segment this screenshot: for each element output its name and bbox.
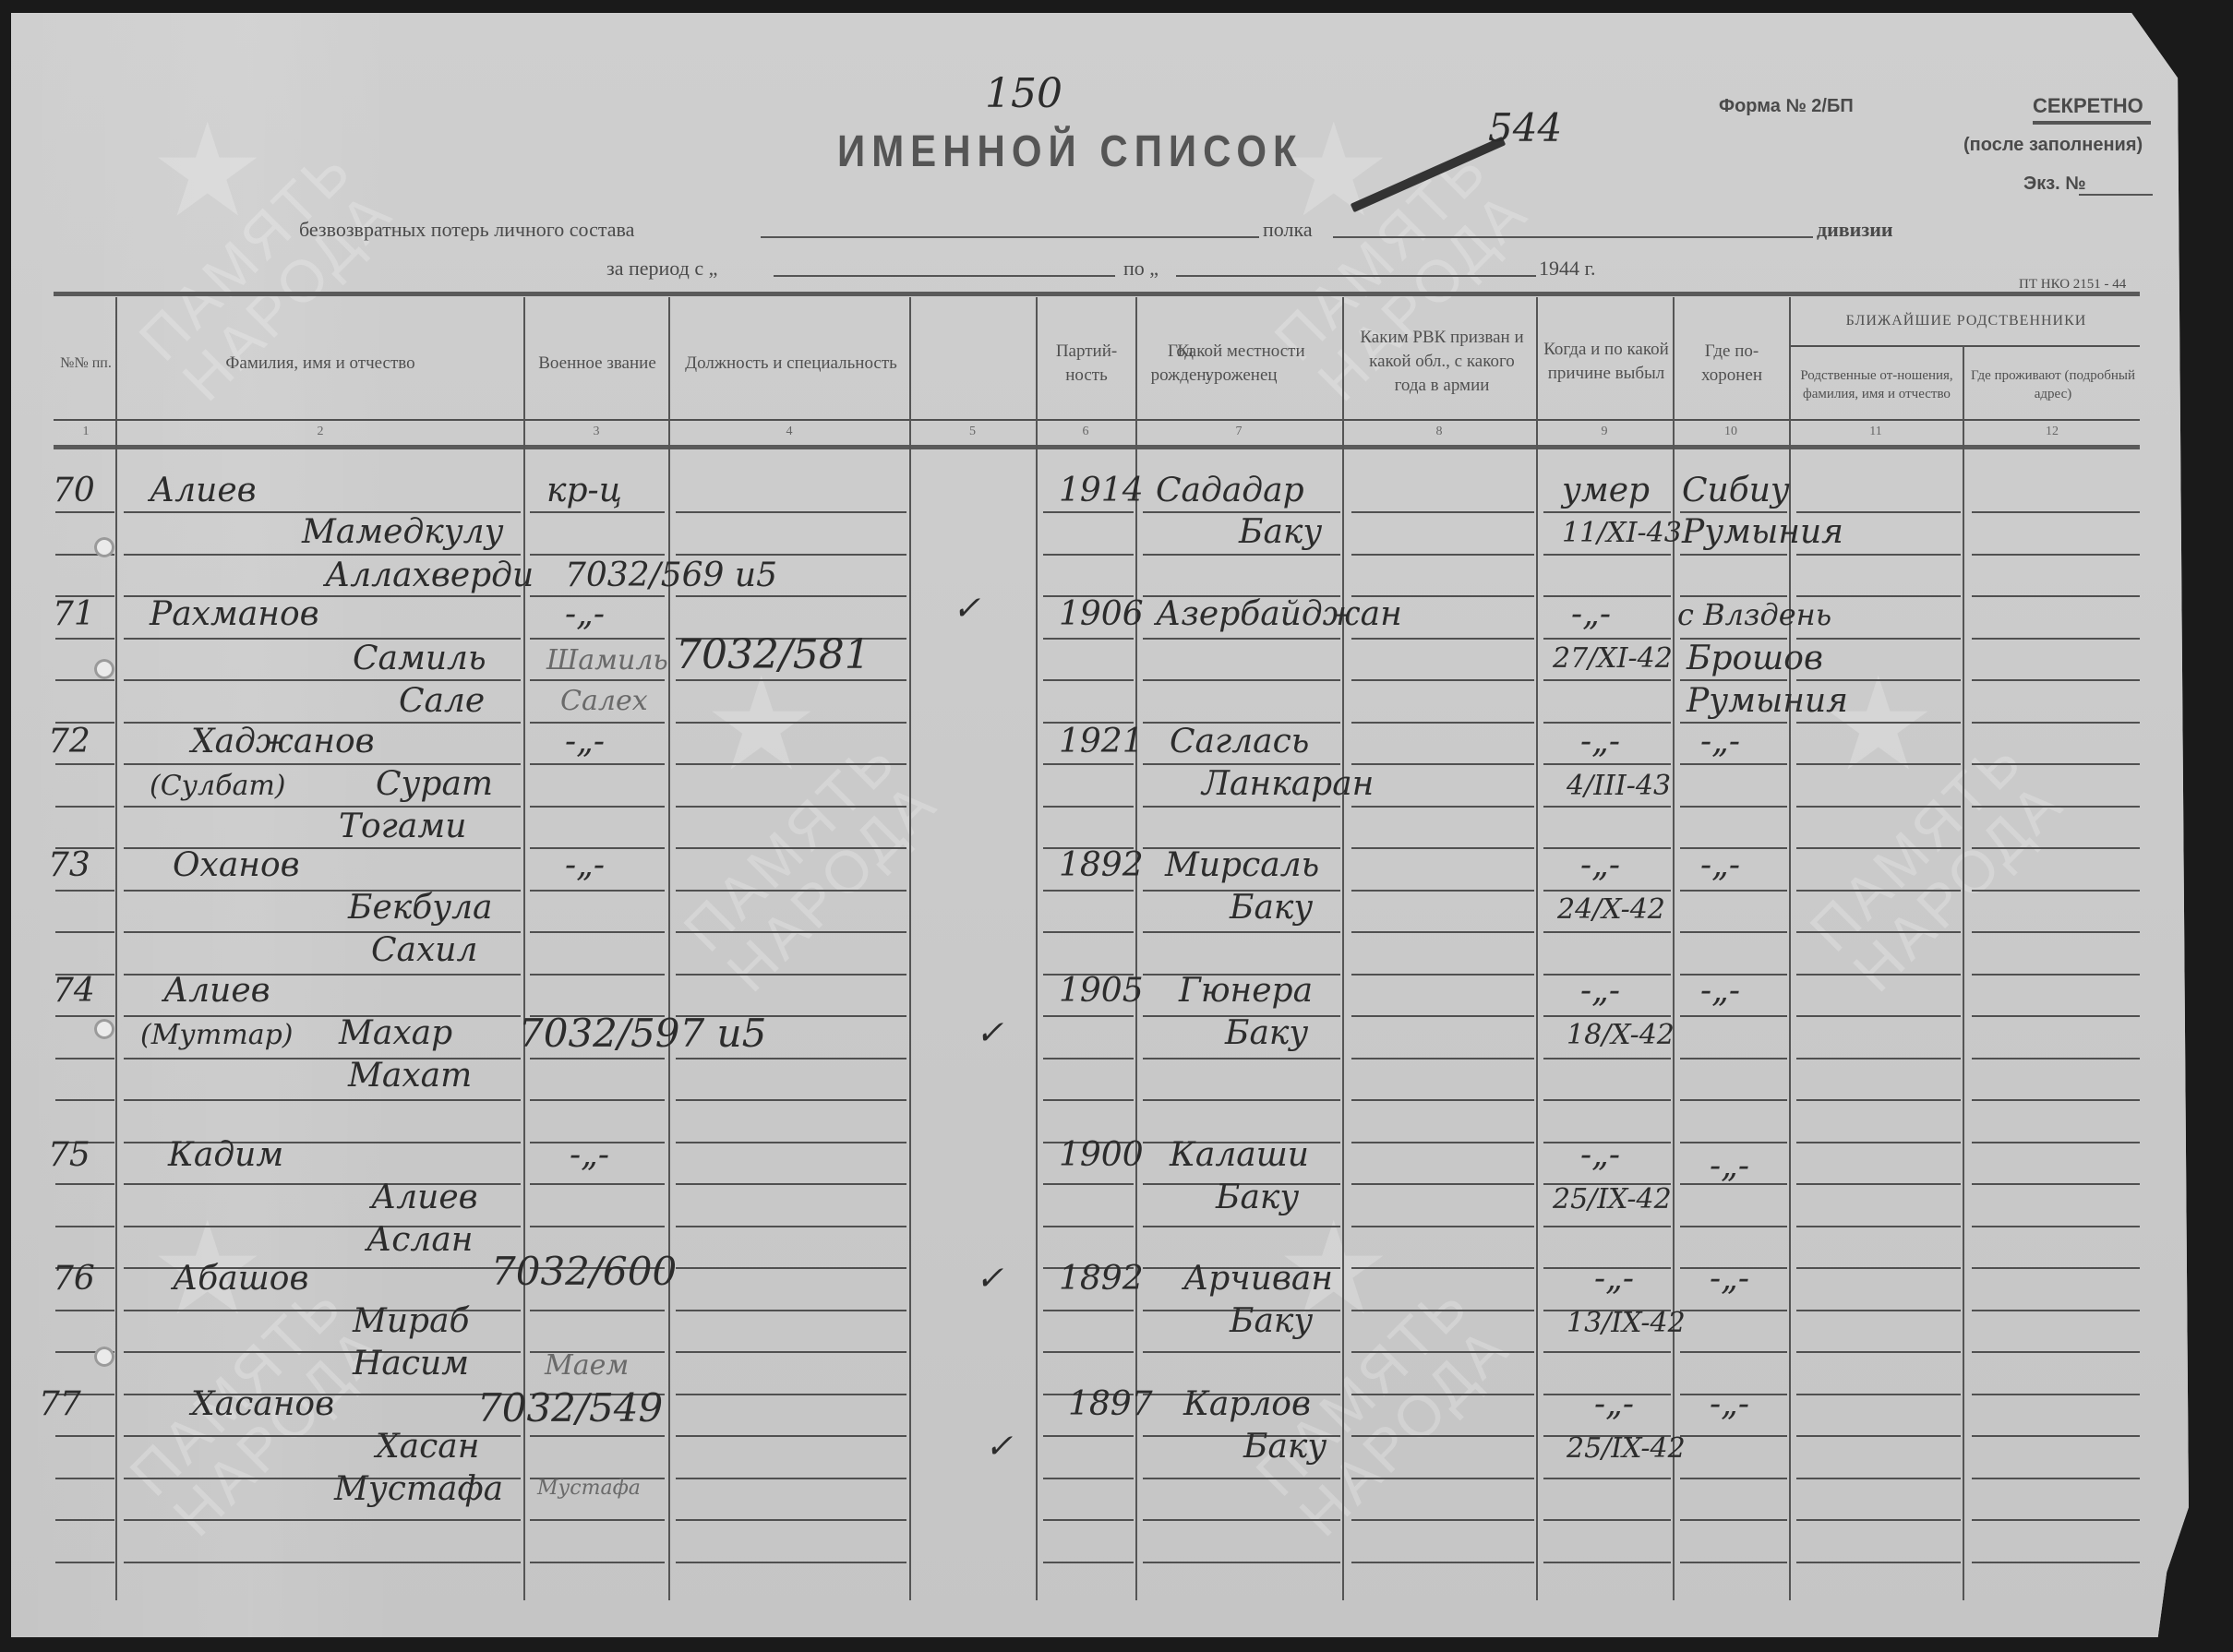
given-name: Махар (339, 1015, 452, 1052)
secret-underline (2033, 121, 2151, 125)
header-col-10: Где по-хоронен (1678, 317, 1785, 410)
birthplace: Калаши (1170, 1137, 1309, 1174)
ruled-line (1972, 1226, 2140, 1227)
position-note: 7032/549 (477, 1390, 663, 1427)
ruled-line (676, 1394, 906, 1395)
left-reason: -„- (1580, 724, 1620, 760)
ruled-line (676, 1058, 906, 1059)
birth-year: 1905 (1059, 973, 1144, 1010)
ruled-line (1043, 1226, 1134, 1227)
burial-country: Румыния (1687, 683, 1848, 720)
period-from-field (774, 275, 1115, 277)
unit-field (761, 236, 1259, 238)
ruled-line (1972, 679, 2140, 681)
ruled-line (1972, 1267, 2140, 1269)
header-col-3: Военное звание (537, 317, 657, 410)
ruled-line (1680, 1351, 1787, 1353)
year-label: 1944 г. (1539, 257, 1596, 281)
header-col-7: Какой местности уроженец (1142, 317, 1340, 410)
ruled-line (1796, 1310, 1961, 1311)
period-to-label: по „ (1123, 257, 1159, 281)
copy-number-label: Экз. № (2023, 174, 2086, 195)
col-divider (1673, 297, 1675, 1600)
ruled-line (1543, 1519, 1671, 1521)
ruled-line (1680, 679, 1787, 681)
ruled-line (1143, 1351, 1340, 1353)
ruled-line (1972, 890, 2140, 892)
birthplace: Карлов (1183, 1386, 1311, 1423)
header-col-4: Должность и специальность (685, 317, 897, 410)
left-date: 24/X-42 (1557, 893, 1665, 926)
header-relatives-group: БЛИЖАЙШИЕ РОДСТВЕННИКИ (1793, 301, 2140, 341)
name-note: (Муттар) (140, 1019, 294, 1051)
watermark-star-icon: ★ (150, 96, 266, 246)
ruled-line (1043, 763, 1134, 765)
header-col-8: Каким РВК призван и какой обл., с какого… (1351, 306, 1532, 417)
col-number: 1 (57, 425, 114, 439)
ruled-line (1351, 974, 1534, 976)
ruled-line (1680, 1435, 1787, 1437)
header-col-2: Фамилия, имя и отчество (118, 317, 522, 410)
punch-hole (94, 1347, 114, 1367)
ruled-line (1543, 554, 1671, 556)
ruled-line (1351, 1394, 1534, 1395)
stamp-number: 544 (1488, 105, 1562, 150)
row-number: 77 (39, 1386, 81, 1423)
surname: Абашов (173, 1261, 308, 1298)
ruled-line (55, 1478, 114, 1479)
ruled-line (55, 1183, 114, 1185)
ruled-line (1543, 1562, 1671, 1563)
ruled-line (1043, 806, 1134, 808)
watermark-star-icon: ★ (1820, 650, 1937, 800)
ruled-line (1680, 1058, 1787, 1059)
birthplace-city: Баку (1239, 514, 1322, 551)
ruled-line (1680, 554, 1787, 556)
header-col-5: Партий-ность (1045, 317, 1128, 410)
row-number: 76 (53, 1261, 95, 1298)
ruled-line (1143, 1478, 1340, 1479)
ruled-line (1796, 1519, 1961, 1521)
ruled-line (1543, 763, 1671, 765)
burial-place: Сибиу (1682, 473, 1790, 509)
ruled-line (530, 890, 665, 892)
ruled-line (530, 974, 665, 976)
given-name: Бекбула (348, 890, 493, 927)
ruled-line (1351, 1267, 1534, 1269)
ruled-line (55, 1226, 114, 1227)
subtitle-losses: безвозвратных потерь личного состава (299, 218, 634, 242)
ruled-line (1680, 931, 1787, 933)
left-date: 25/IX-42 (1567, 1432, 1686, 1465)
row-number: 70 (53, 473, 95, 509)
birth-year: 1914 (1059, 473, 1144, 509)
ruled-line (1972, 595, 2140, 597)
punch-hole (94, 659, 114, 679)
ruled-line (676, 847, 906, 849)
ruled-line (676, 511, 906, 513)
left-reason: -„- (1580, 1137, 1620, 1174)
ruled-line (1351, 806, 1534, 808)
col-divider (1963, 345, 1964, 1600)
ruled-line (1972, 974, 2140, 976)
ruled-line (530, 1310, 665, 1311)
col-number: 9 (1538, 425, 1671, 439)
ruled-line (1351, 1142, 1534, 1143)
ruled-line (530, 1562, 665, 1563)
ruled-line (676, 1183, 906, 1185)
patronymic: Мустафа (334, 1471, 503, 1508)
ruled-line (1351, 554, 1534, 556)
row-number: 72 (48, 724, 90, 760)
ruled-line (1143, 679, 1340, 681)
ruled-line (1796, 763, 1961, 765)
ruled-line (1972, 1015, 2140, 1017)
birth-year: 1892 (1059, 847, 1144, 884)
ruled-line (1043, 1099, 1134, 1101)
ruled-line (1043, 679, 1134, 681)
ruled-line (1043, 1310, 1134, 1311)
ruled-line (1972, 1478, 2140, 1479)
ruled-line (1972, 1435, 2140, 1437)
ruled-line (1351, 1519, 1534, 1521)
ruled-line (124, 554, 521, 556)
ruled-line (55, 638, 114, 640)
birth-year: 1892 (1059, 1261, 1144, 1298)
relatives-group-divider (1789, 345, 2140, 347)
division-label: дивизии (1817, 218, 1893, 242)
party-check-icon: ✓ (953, 591, 980, 628)
ruled-line (1972, 1142, 2140, 1143)
ruled-line (530, 931, 665, 933)
burial-place: -„- (1710, 1148, 1749, 1185)
position-note: 7032/581 (676, 637, 870, 674)
punch-hole (94, 1019, 114, 1039)
ruled-line (676, 1099, 906, 1101)
ruled-line (1043, 511, 1134, 513)
col-number: 12 (1964, 425, 2140, 439)
surname: Алиев (150, 473, 257, 509)
ruled-line (1796, 1478, 1961, 1479)
ruled-line (1543, 1351, 1671, 1353)
birthplace-city: Баку (1225, 1015, 1308, 1052)
ruled-line (1796, 679, 1961, 681)
ruled-line (1351, 1183, 1534, 1185)
left-date: 18/X-42 (1567, 1019, 1675, 1051)
ruled-line (1351, 1099, 1534, 1101)
left-reason: -„- (1580, 847, 1620, 884)
col-divider (1342, 297, 1344, 1600)
ruled-line (530, 554, 665, 556)
left-reason: -„- (1594, 1261, 1634, 1298)
patronymic: Насим (353, 1346, 469, 1383)
rank-annotation: Маем (545, 1349, 629, 1382)
ruled-line (1043, 1478, 1134, 1479)
rank: -„- (565, 724, 605, 760)
watermark: ПАМЯТЬНАРОДА (1800, 728, 2075, 1003)
ruled-line (1143, 638, 1340, 640)
col-number: 7 (1137, 425, 1340, 439)
col-divider (1036, 297, 1038, 1600)
ruled-line (1043, 638, 1134, 640)
ruled-line (1972, 931, 2140, 933)
ruled-line (1972, 554, 2140, 556)
col-number: 4 (671, 425, 907, 439)
ruled-line (1972, 847, 2140, 849)
surname: Оханов (173, 847, 300, 884)
ruled-line (1680, 890, 1787, 892)
burial-place: -„- (1700, 724, 1740, 760)
left-reason: умер (1562, 473, 1650, 509)
row-number: 71 (53, 596, 95, 633)
given-name: Мираб (353, 1303, 470, 1340)
period-from-label: за период с „ (606, 257, 717, 281)
ruled-line (676, 1478, 906, 1479)
copy-number-field (2079, 194, 2153, 196)
ruled-line (1143, 1519, 1340, 1521)
ruled-line (1543, 1478, 1671, 1479)
patronymic: Аслан (366, 1222, 474, 1259)
ruled-line (1972, 1394, 2140, 1395)
ruled-line (1796, 806, 1961, 808)
party-check-icon: ✓ (976, 1015, 1003, 1052)
ruled-line (1351, 847, 1534, 849)
ruled-line (1680, 1562, 1787, 1563)
patronymic: Сале (399, 683, 485, 720)
secret-label: СЕКРЕТНО (2033, 94, 2143, 118)
col-divider (909, 297, 911, 1600)
col-number: 10 (1675, 425, 1787, 439)
ruled-line (676, 722, 906, 724)
ruled-line (530, 638, 665, 640)
ruled-line (55, 890, 114, 892)
ruled-line (530, 1435, 665, 1437)
ruled-line (676, 595, 906, 597)
left-reason: -„- (1594, 1386, 1634, 1423)
ruled-line (530, 1099, 665, 1101)
print-code: ПТ НКО 2151 - 44 (2019, 277, 2126, 293)
ruled-line (1043, 1058, 1134, 1059)
ruled-line (676, 974, 906, 976)
left-reason: -„- (1580, 973, 1620, 1010)
row-number: 73 (48, 847, 90, 884)
ruled-line (1680, 1519, 1787, 1521)
ruled-line (55, 1058, 114, 1059)
col-divider (1536, 297, 1538, 1600)
ruled-line (1796, 1562, 1961, 1563)
ruled-line (1143, 931, 1340, 933)
left-date: 11/XI-43 (1562, 517, 1682, 549)
col-number: 6 (1038, 425, 1134, 439)
ruled-line (124, 679, 521, 681)
ruled-line (1972, 638, 2140, 640)
ruled-line (1043, 1015, 1134, 1017)
ruled-line (1543, 1058, 1671, 1059)
ruled-line (1972, 1562, 2140, 1563)
given-name: Мамедкулу (302, 514, 503, 551)
ruled-line (1680, 1478, 1787, 1479)
ruled-line (1543, 1099, 1671, 1101)
watermark: ПАМЯТЬНАРОДА (674, 728, 949, 1003)
patronymic: Тогами (339, 808, 466, 845)
name-note: (Сулбат) (150, 770, 286, 802)
given-name: Хасан (376, 1429, 479, 1466)
col-number: 3 (526, 425, 666, 439)
ruled-line (676, 1310, 906, 1311)
ruled-line (676, 1267, 906, 1269)
ruled-line (1796, 1226, 1961, 1227)
ruled-line (530, 1519, 665, 1521)
ruled-line (1351, 763, 1534, 765)
ruled-line (1796, 1058, 1961, 1059)
surname: Кадим (168, 1137, 283, 1174)
ruled-line (124, 1099, 521, 1101)
ruled-line (1972, 1099, 2140, 1101)
ruled-line (1972, 1519, 2140, 1521)
birthplace: Саглась (1170, 724, 1309, 760)
col-number: 5 (911, 425, 1034, 439)
birthplace-city: Баку (1230, 1303, 1313, 1340)
header-col-1: №№ пп. (57, 317, 114, 410)
ruled-line (1143, 554, 1340, 556)
ruled-line (55, 806, 114, 808)
ruled-line (1351, 890, 1534, 892)
ruled-line (1680, 763, 1787, 765)
regiment-label: полка (1263, 218, 1313, 242)
position-note: 7032/600 (491, 1253, 677, 1290)
ruled-line (1043, 1435, 1134, 1437)
ruled-line (1796, 1394, 1961, 1395)
ruled-line (1796, 1099, 1961, 1101)
ruled-line (1043, 931, 1134, 933)
folio-number: 150 (985, 70, 1062, 117)
document-sheet: ★ ПАМЯТЬНАРОДА ★ ПАМЯТЬНАРОДА ★ ПАМЯТЬНА… (11, 13, 2206, 1637)
ruled-line (1543, 638, 1671, 640)
col-number: 11 (1791, 425, 1961, 439)
ruled-line (55, 1015, 114, 1017)
ruled-line (1043, 890, 1134, 892)
birth-year: 1897 (1068, 1386, 1153, 1423)
party-check-icon: ✓ (985, 1429, 1013, 1466)
ruled-line (1972, 1351, 2140, 1353)
ruled-line (1680, 1142, 1787, 1143)
surname: Хаджанов (191, 724, 375, 760)
burial-place: -„- (1710, 1386, 1749, 1423)
ruled-line (1796, 847, 1961, 849)
given-name: Самиль (353, 640, 486, 677)
ruled-line (1680, 1226, 1787, 1227)
ruled-line (676, 890, 906, 892)
after-filling-note: (после заполнения) (1963, 135, 2143, 156)
rank: -„- (570, 1137, 609, 1174)
ruled-line (676, 1142, 906, 1143)
ruled-line (1351, 1562, 1534, 1563)
ruled-line (1543, 890, 1671, 892)
ruled-line (530, 1058, 665, 1059)
ruled-line (676, 554, 906, 556)
ruled-line (1351, 511, 1534, 513)
ruled-line (1351, 1310, 1534, 1311)
ruled-line (1043, 1351, 1134, 1353)
col-number: 2 (118, 425, 522, 439)
ruled-line (1143, 1099, 1340, 1101)
surname: Рахманов (150, 596, 319, 633)
birth-year: 1921 (1059, 724, 1144, 760)
ruled-line (1680, 1099, 1787, 1101)
ruled-line (1972, 1310, 2140, 1311)
row-number: 75 (48, 1137, 90, 1174)
ruled-line (530, 1183, 665, 1185)
rank-annotation: Шамиль (546, 644, 668, 676)
period-to-field (1176, 275, 1536, 277)
ruled-line (1972, 806, 2140, 808)
ruled-line (676, 1351, 906, 1353)
left-date: 13/IX-42 (1567, 1307, 1686, 1339)
ruled-line (1680, 1310, 1787, 1311)
row-number: 74 (53, 973, 95, 1010)
patronymic: Аллахверди (325, 557, 534, 594)
birthplace-city: Ланкаран (1202, 766, 1374, 803)
punch-hole (94, 537, 114, 557)
left-date: 25/IX-42 (1553, 1183, 1672, 1215)
surname: Хасанов (191, 1386, 334, 1423)
ruled-line (1796, 974, 1961, 976)
birthplace: Арчиван (1183, 1261, 1333, 1298)
col-number: 8 (1344, 425, 1534, 439)
ruled-line (1680, 806, 1787, 808)
burial-place: -„- (1700, 847, 1740, 884)
ruled-line (1543, 1226, 1671, 1227)
ruled-line (676, 679, 906, 681)
header-bottom-border (54, 445, 2140, 449)
ruled-line (124, 1562, 521, 1563)
rank: -„- (565, 596, 605, 633)
ruled-line (530, 1226, 665, 1227)
ruled-line (1796, 1015, 1961, 1017)
given-name: Алиев (371, 1179, 478, 1216)
ruled-line (1043, 1183, 1134, 1185)
birthplace: Гюнера (1179, 973, 1313, 1010)
surname: Алиев (163, 973, 270, 1010)
ruled-line (1351, 722, 1534, 724)
ruled-line (1972, 511, 2140, 513)
ruled-line (1351, 1435, 1534, 1437)
ruled-line (530, 763, 665, 765)
ruled-line (1796, 1183, 1961, 1185)
ruled-line (124, 1015, 521, 1017)
col-divider (115, 297, 117, 1600)
ruled-line (1351, 1015, 1534, 1017)
burial-place: -„- (1710, 1261, 1749, 1298)
table-top-border (54, 292, 2140, 296)
header-col-11: Родственные от-ношения, фамилия, имя и о… (1795, 353, 1959, 417)
ruled-line (1796, 1351, 1961, 1353)
ruled-line (1972, 722, 2140, 724)
ruled-line (55, 1562, 114, 1563)
ruled-line (55, 931, 114, 933)
ruled-line (1796, 722, 1961, 724)
birthplace-city: Баку (1216, 1179, 1299, 1216)
ruled-line (1143, 1562, 1340, 1563)
ruled-line (1043, 1519, 1134, 1521)
left-date: 4/III-43 (1567, 770, 1671, 802)
ruled-line (1351, 638, 1534, 640)
ruled-line (676, 931, 906, 933)
ruled-line (55, 1435, 114, 1437)
ruled-line (676, 763, 906, 765)
ruled-line (1143, 806, 1340, 808)
burial-city: Брошов (1687, 640, 1823, 677)
